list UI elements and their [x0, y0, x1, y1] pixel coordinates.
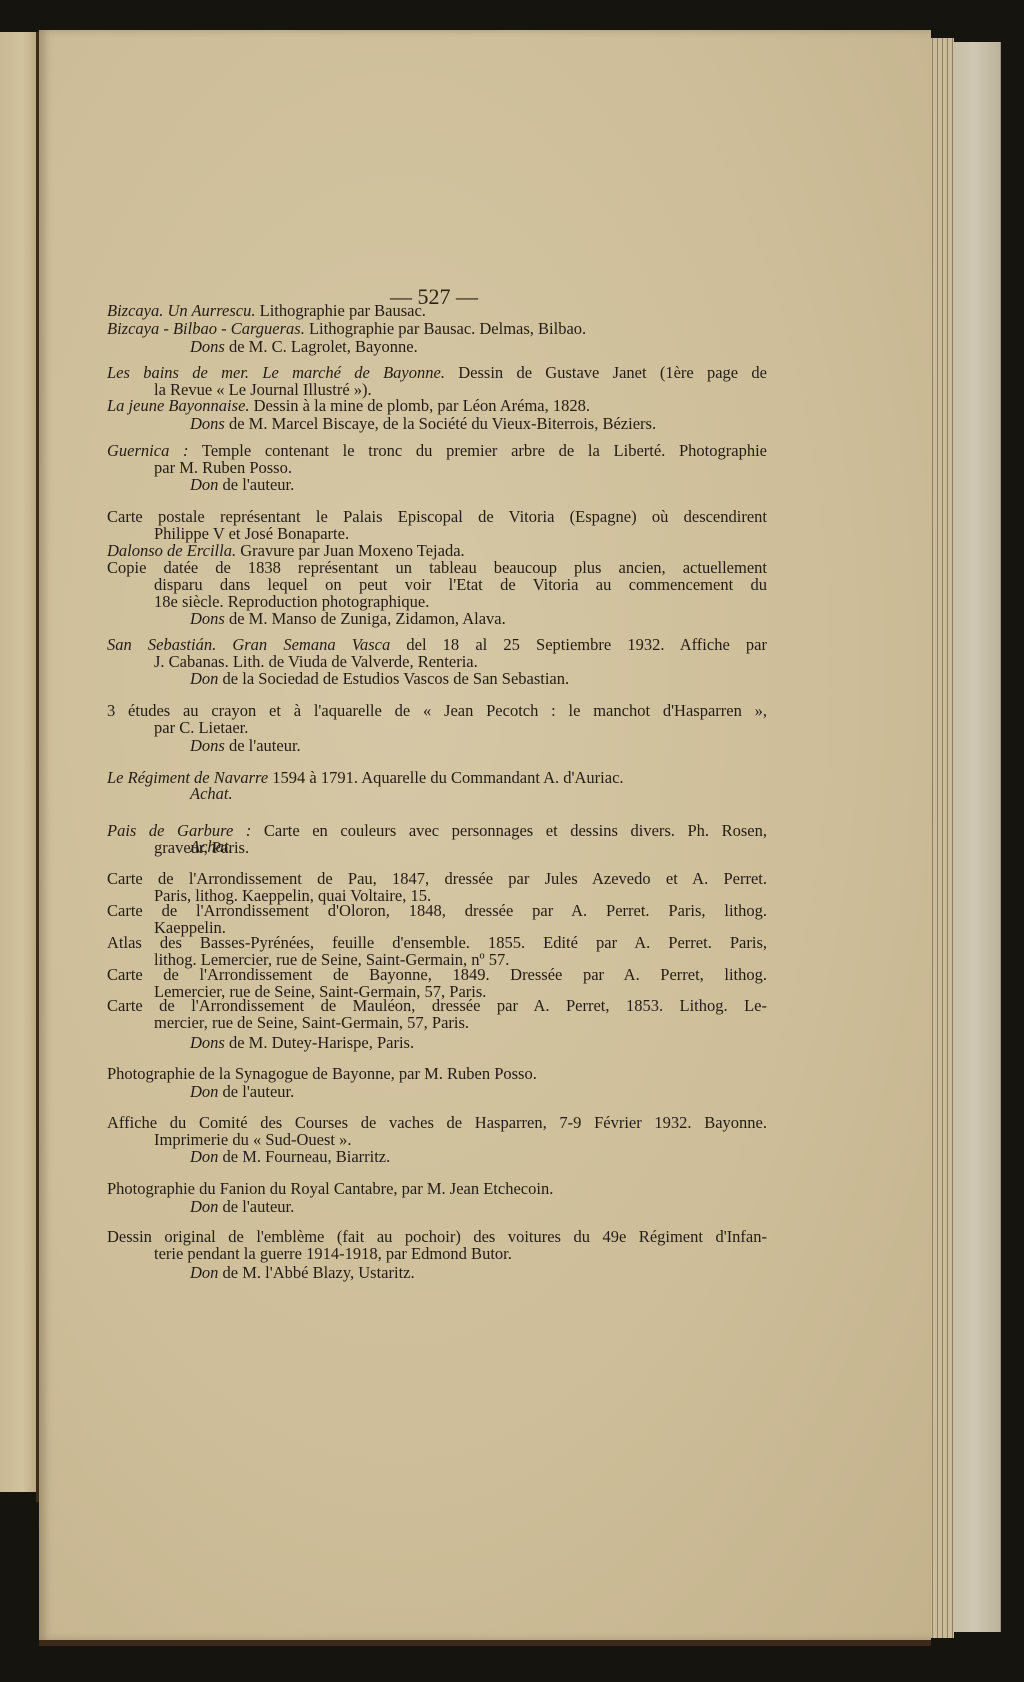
italic-title: Bizcaya - Bilbao - Cargueras.	[107, 319, 305, 338]
entry-line: Dessin original de l'emblème (fait au po…	[107, 1228, 767, 1245]
catalog-entry: Bizcaya - Bilbao - Cargueras. Lithograph…	[107, 320, 767, 337]
entry-line: Don de M. l'Abbé Blazy, Ustaritz.	[107, 1264, 767, 1281]
page-stack-edge	[930, 38, 954, 1638]
entry-line: Guernica : Temple contenant le tronc du …	[107, 442, 767, 459]
catalog-entry: La jeune Bayonnaise. Dessin à la mine de…	[107, 397, 767, 414]
italic-title: Dons	[190, 609, 225, 628]
entry-text: Dessin de Gustave Janet (1ère page de	[445, 363, 767, 382]
catalog-entry: Don de M. Fourneau, Biarritz.	[107, 1148, 767, 1165]
entry-text: Photographie de la Synagogue de Bayonne,…	[107, 1064, 537, 1083]
entry-text: Copie datée de 1838 représentant un tabl…	[107, 558, 767, 577]
entry-text: de la Sociedad de Estudios Vascos de San…	[218, 669, 569, 688]
entry-line: Dons de M. C. Lagrolet, Bayonne.	[107, 338, 767, 355]
entry-text: de M. Fourneau, Biarritz.	[218, 1147, 390, 1166]
catalog-entry: Dons de M. Manso de Zuniga, Zidamon, Ala…	[107, 610, 767, 627]
entry-text: Lithographie par Bausac.	[255, 301, 425, 320]
catalog-entry: Atlas des Basses-Pyrénées, feuille d'ens…	[107, 934, 767, 968]
catalog-entry: Carte de l'Arrondissement de Pau, 1847, …	[107, 870, 767, 904]
catalog-entry: Bizcaya. Un Aurrescu. Lithographie par B…	[107, 302, 767, 319]
catalog-entry: Carte de l'Arrondissement d'Oloron, 1848…	[107, 902, 767, 936]
catalog-entry: Dons de M. C. Lagrolet, Bayonne.	[107, 338, 767, 355]
catalog-entry: Dessin original de l'emblème (fait au po…	[107, 1228, 767, 1262]
entry-text: Dessin original de l'emblème (fait au po…	[107, 1227, 767, 1246]
entry-text: de l'auteur.	[225, 736, 301, 755]
entry-line: Don de M. Fourneau, Biarritz.	[107, 1148, 767, 1165]
entry-line: J. Cabanas. Lith. de Viuda de Valverde, …	[107, 653, 767, 670]
entry-line: mercier, rue de Seine, Saint-Germain, 57…	[107, 1014, 767, 1031]
entry-text: disparu dans lequel on peut voir l'Etat …	[154, 575, 767, 594]
entry-text: par C. Lietaer.	[154, 718, 248, 737]
catalog-entry: Don de M. l'Abbé Blazy, Ustaritz.	[107, 1264, 767, 1281]
catalog-entry: Photographie de la Synagogue de Bayonne,…	[107, 1065, 767, 1082]
entry-line: Imprimerie du « Sud-Ouest ».	[107, 1131, 767, 1148]
italic-title: Don	[190, 669, 218, 688]
entry-text: Carte postale représentant le Palais Epi…	[107, 507, 767, 526]
italic-title: Dons	[190, 337, 225, 356]
entry-line: Carte de l'Arrondissement d'Oloron, 1848…	[107, 902, 767, 919]
entry-text: de l'auteur.	[218, 1082, 294, 1101]
entry-line: Achat.	[107, 838, 767, 855]
entry-line: Philippe V et José Bonaparte.	[107, 525, 767, 542]
entry-text: de M. Marcel Biscaye, de la Société du V…	[225, 414, 656, 433]
catalog-entry: Don de l'auteur.	[107, 1083, 767, 1100]
italic-title: Achat.	[190, 837, 233, 856]
catalog-entry: Les bains de mer. Le marché de Bayonne. …	[107, 364, 767, 398]
entry-line: Carte de l'Arrondissement de Bayonne, 18…	[107, 966, 767, 983]
left-page-edge	[0, 32, 38, 1492]
italic-title: Don	[190, 475, 218, 494]
entry-line: Carte de l'Arrondissement de Pau, 1847, …	[107, 870, 767, 887]
entry-line: Dons de l'auteur.	[107, 737, 767, 754]
entry-line: La jeune Bayonnaise. Dessin à la mine de…	[107, 397, 767, 414]
book-gutter	[36, 32, 39, 1502]
entry-line: Dalonso de Ercilla. Gravure par Juan Mox…	[107, 542, 767, 559]
catalog-entry: Don de la Sociedad de Estudios Vascos de…	[107, 670, 767, 687]
catalog-entry: Copie datée de 1838 représentant un tabl…	[107, 559, 767, 611]
italic-title: Dons	[190, 414, 225, 433]
entry-line: Achat.	[107, 785, 767, 802]
entry-text: mercier, rue de Seine, Saint-Germain, 57…	[154, 1013, 469, 1032]
catalog-entry: Photographie du Fanion du Royal Cantabre…	[107, 1180, 767, 1197]
entry-line: Bizcaya. Un Aurrescu. Lithographie par B…	[107, 302, 767, 319]
catalog-entry: Dons de M. Marcel Biscaye, de la Société…	[107, 415, 767, 432]
entry-text: 3 études au crayon et à l'aquarelle de «…	[107, 701, 767, 720]
entry-text: de l'auteur.	[218, 475, 294, 494]
entry-line: Carte postale représentant le Palais Epi…	[107, 508, 767, 525]
entry-text: de M. Manso de Zuniga, Zidamon, Alava.	[225, 609, 506, 628]
catalog-entry: San Sebastián. Gran Semana Vasca del 18 …	[107, 636, 767, 670]
entry-text: Dessin à la mine de plomb, par Léon Arém…	[250, 396, 590, 415]
entry-line: Les bains de mer. Le marché de Bayonne. …	[107, 364, 767, 381]
entry-text: Affiche du Comité des Courses de vaches …	[107, 1113, 767, 1132]
catalog-entry: Achat.	[107, 838, 767, 855]
italic-title: La jeune Bayonnaise.	[107, 396, 250, 415]
catalog-entry: Don de l'auteur.	[107, 476, 767, 493]
entry-line: Photographie du Fanion du Royal Cantabre…	[107, 1180, 767, 1197]
entry-line: Don de l'auteur.	[107, 1083, 767, 1100]
book-page: — 527 — Bizcaya. Un Aurrescu. Lithograph…	[39, 30, 931, 1646]
entry-text: Temple contenant le tronc du premier arb…	[189, 441, 767, 460]
entry-line: Copie datée de 1838 représentant un tabl…	[107, 559, 767, 576]
entry-text: del 18 al 25 Septiembre 1932. Affiche pa…	[390, 635, 767, 654]
entry-text: de M. l'Abbé Blazy, Ustaritz.	[218, 1263, 414, 1282]
italic-title: Don	[190, 1082, 218, 1101]
entry-line: par C. Lietaer.	[107, 719, 767, 736]
catalog-entry: Dalonso de Ercilla. Gravure par Juan Mox…	[107, 542, 767, 559]
entry-text: de M. Dutey-Harispe, Paris.	[225, 1033, 414, 1052]
entry-line: Carte de l'Arrondissement de Mauléon, dr…	[107, 997, 767, 1014]
catalog-entry: Don de l'auteur.	[107, 1198, 767, 1215]
entry-text: Carte de l'Arrondissement de Pau, 1847, …	[107, 869, 767, 888]
back-sheet	[948, 42, 1001, 1632]
catalog-entry: Dons de M. Dutey-Harispe, Paris.	[107, 1034, 767, 1051]
entry-line: Don de l'auteur.	[107, 1198, 767, 1215]
entry-line: Don de la Sociedad de Estudios Vascos de…	[107, 670, 767, 687]
italic-title: Don	[190, 1147, 218, 1166]
catalog-entry: 3 études au crayon et à l'aquarelle de «…	[107, 702, 767, 736]
entry-line: 3 études au crayon et à l'aquarelle de «…	[107, 702, 767, 719]
catalog-entry: Carte postale représentant le Palais Epi…	[107, 508, 767, 542]
catalog-entry: Guernica : Temple contenant le tronc du …	[107, 442, 767, 476]
italic-title: Dons	[190, 736, 225, 755]
entry-line: Dons de M. Dutey-Harispe, Paris.	[107, 1034, 767, 1051]
entry-line: disparu dans lequel on peut voir l'Etat …	[107, 576, 767, 593]
italic-title: Don	[190, 1197, 218, 1216]
entry-text: de l'auteur.	[218, 1197, 294, 1216]
entry-line: Dons de M. Marcel Biscaye, de la Société…	[107, 415, 767, 432]
entry-line: Don de l'auteur.	[107, 476, 767, 493]
catalog-entry: Achat.	[107, 785, 767, 802]
catalog-entry: Dons de l'auteur.	[107, 737, 767, 754]
italic-title: Guernica :	[107, 441, 189, 460]
italic-title: San Sebastián. Gran Semana Vasca	[107, 635, 390, 654]
entry-text: Carte de l'Arrondissement de Mauléon, dr…	[107, 996, 767, 1015]
entry-line: San Sebastián. Gran Semana Vasca del 18 …	[107, 636, 767, 653]
entry-line: Affiche du Comité des Courses de vaches …	[107, 1114, 767, 1131]
italic-title: Achat.	[190, 784, 233, 803]
entry-line: Dons de M. Manso de Zuniga, Zidamon, Ala…	[107, 610, 767, 627]
entry-text: Photographie du Fanion du Royal Cantabre…	[107, 1179, 553, 1198]
catalog-entry: Affiche du Comité des Courses de vaches …	[107, 1114, 767, 1148]
italic-title: Les bains de mer. Le marché de Bayonne.	[107, 363, 445, 382]
entry-line: Bizcaya - Bilbao - Cargueras. Lithograph…	[107, 320, 767, 337]
entry-line: terie pendant la guerre 1914-1918, par E…	[107, 1245, 767, 1262]
entry-line: par M. Ruben Posso.	[107, 459, 767, 476]
italic-title: Don	[190, 1263, 218, 1282]
catalog-entry: Carte de l'Arrondissement de Mauléon, dr…	[107, 997, 767, 1031]
entry-text: Lithographie par Bausac. Delmas, Bilbao.	[305, 319, 586, 338]
italic-title: Bizcaya. Un Aurrescu.	[107, 301, 255, 320]
entry-line: Photographie de la Synagogue de Bayonne,…	[107, 1065, 767, 1082]
italic-title: Dons	[190, 1033, 225, 1052]
entry-text: Carte de l'Arrondissement d'Oloron, 1848…	[107, 901, 767, 920]
entry-text: Atlas des Basses-Pyrénées, feuille d'ens…	[107, 933, 767, 952]
entry-text: Carte de l'Arrondissement de Bayonne, 18…	[107, 965, 767, 984]
entry-text: de M. C. Lagrolet, Bayonne.	[225, 337, 418, 356]
entry-text: terie pendant la guerre 1914-1918, par E…	[154, 1244, 512, 1263]
entry-line: Atlas des Basses-Pyrénées, feuille d'ens…	[107, 934, 767, 951]
